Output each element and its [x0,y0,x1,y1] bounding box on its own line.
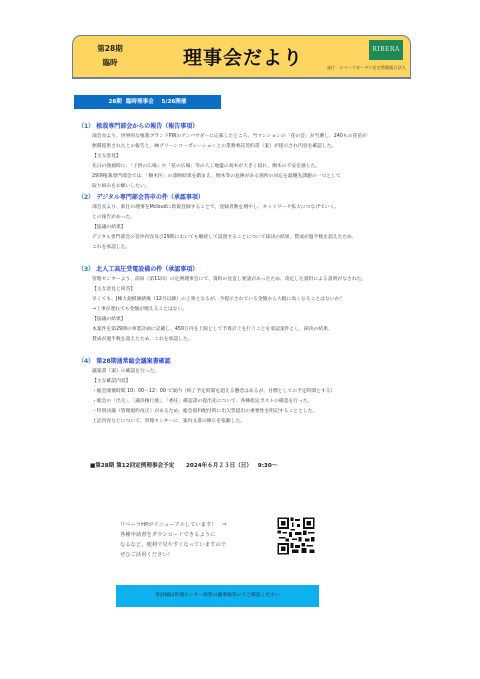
body-line: 【協議の結果】 [92,315,428,325]
issue-period: 第28期 臨時 [87,42,133,70]
body-line: これを承認した。 [92,243,428,253]
meeting-banner: 28期 臨時理事会 5/26開催 [74,95,221,109]
body-line: 賛成が過半数を超えたため、これを承認した。 [92,335,428,345]
body-line: 上記内容などについて、管理センターに、案内文書の修正を依頼した。 [92,417,428,427]
next-meeting-date: 2024年６月２３日（日） [186,463,252,469]
page-title: 理事会だより [183,43,303,70]
body-line: 部会長より、世界的な植栽ブランドPWのアンバサダーに応募したところ、当マンション… [92,132,428,142]
promo-line: 各種申請書をダウンロードできるように [120,530,270,540]
promo-line: ぜひご活用ください！ [120,550,270,560]
notice-banner: 各詳細は管理センター保管の議事録等にてご確認ください [116,585,319,607]
body-line: ・総会開催時間 10：00～12：00 で案内（終了予定時間を超える懸念はあるが… [92,387,428,397]
body-line: 29期植栽専門部会では、「樹木医」の診断結果を踏まえ、倒木等の危険がある箇所の対… [92,172,428,182]
section-heading: （1） 植栽専門部会からの報告（報告事項） [78,122,428,132]
body-line: 取り組みをお願いしたい。 [92,182,428,192]
body-line: →工事が遅れても金額が増えることはない。 [92,305,428,315]
section-4: （4） 第28期通常総会議案書確認 議案書（案）の確認を行った。 【主な確認内容… [78,357,428,427]
body-line: デジタル専門部会の答申内容及び29期においても継続して設置することについて採決の… [92,233,428,243]
body-line: 無償提供されたとの報告と、㈱グリーンコーポレーションとの業務委託契約書（案）が提… [92,142,428,152]
section-title: 第28期通常総会議案書確認 [96,358,170,365]
type-label: 臨時 [87,56,133,70]
qr-code-icon[interactable] [276,516,316,556]
section-heading: （3） 北人工高圧受電設備の件（承認事項） [78,265,428,275]
section-1: （1） 植栽専門部会からの報告（報告事項） 部会長より、世界的な植栽ブランドPW… [78,122,428,192]
next-meeting-schedule: ■第28期 第12回定例理事会予定 2024年６月２３日（日） 9:30～ [90,461,277,469]
body-line: 本案件を第29期の事業計画に記載し、450万円を上限として予算計上を行うことを承… [92,325,428,335]
website-promo: リベーラHPがリニューアルしています！ ⇒ 各種申請書をダウンロードできるように… [120,520,270,560]
body-line: 【協議の結果】 [92,223,428,233]
body-line: 【主な確認内容】 [92,377,428,387]
body-line: 議案書（案）の確認を行った。 [92,367,428,377]
section-number: （3） [78,266,94,273]
section-number: （4） [78,358,94,365]
body-line: 【主な意見と回答】 [92,285,428,295]
body-line: ・特別決議（管理規約改正）があるため、総会資料配付時に出欠票提出の重要性を明記す… [92,407,428,417]
section-title: デジタル専門部会答申の件（承認事項） [96,194,204,201]
section-title: 植栽専門部会からの報告（報告事項） [96,123,198,130]
period-label: 第28期 [87,42,133,56]
body-line: 先日の強風時に、「子供の広場」や「花の広場」等の人工地盤の高木が大きく揺れ、倒木… [92,162,428,172]
body-line: ・総会の「出欠」、「議決権行使」、「委任」確認書の提出先について、各棟指定ポスト… [92,397,428,407]
section-heading: （2） デジタル専門部会答申の件（承認事項） [78,193,428,203]
body-line: 早くても、J棟大規模修繕後（12月以降）の工事となるが、今提示されている金額から… [92,295,428,305]
body-line: 【主な意見】 [92,152,428,162]
next-meeting-time: 9:30～ [258,463,278,469]
publisher-label: 発行：リベーラガーデン住宅管理組合法人 [327,65,406,71]
promo-line: リベーラHPがリニューアルしています！ ⇒ [120,520,270,530]
body-line: 部会長より、新任の理事をMcloudに新規登録することで、登録者数を増やし、ネッ… [92,203,428,213]
section-3: （3） 北人工高圧受電設備の件（承認事項） 管理センターより、前回（第11回）の… [78,265,428,345]
section-2: （2） デジタル専門部会答申の件（承認事項） 部会長より、新任の理事をMclou… [78,193,428,253]
body-line: との報告があった。 [92,213,428,223]
section-number: （2） [78,194,94,201]
ribera-logo: RIBERA [369,40,403,60]
section-title: 北人工高圧受電設備の件（承認事項） [96,266,198,273]
body-line: 管理センターより、前回（第11回）の定例理事会にて、資料の見直し要請があったため… [92,275,428,285]
promo-line: なるなど、便利で見やすくなっていますので [120,540,270,550]
next-meeting-label: ■第28期 第12回定例理事会予定 [90,463,174,469]
newsletter-header: 第28期 臨時 理事会だより RIBERA 発行：リベーラガーデン住宅管理組合法… [72,35,411,79]
section-number: （1） [78,123,94,130]
section-heading: （4） 第28期通常総会議案書確認 [78,357,428,367]
